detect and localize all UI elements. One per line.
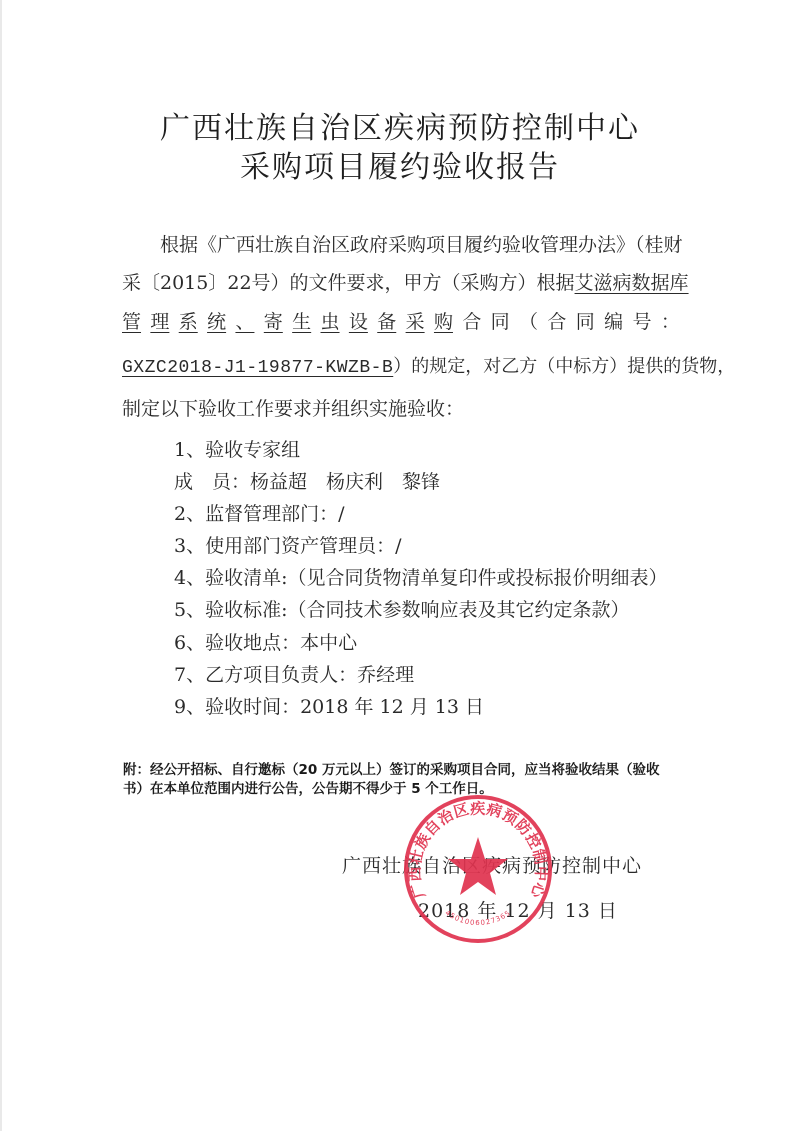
u3-5: 寄 <box>264 309 283 335</box>
svg-text:4501006027365: 4501006027365 <box>444 909 513 927</box>
item-members: 成 员：杨益超 杨庆利 黎锋 <box>174 469 440 495</box>
document-title-org: 广西壮族自治区疾病预防控制中心 <box>0 103 800 147</box>
u3-9: 备 <box>377 309 396 335</box>
u3-8: 设 <box>349 309 368 335</box>
u3-6: 生 <box>292 309 311 335</box>
u3-10: 采 <box>406 309 425 335</box>
project-name-part-1: 艾滋病数据库 <box>575 272 689 294</box>
document-page: 广西壮族自治区疾病预防控制中心 采购项目履约验收报告 根据《广西壮族自治区政府采… <box>0 0 800 1131</box>
item-checklist: 4、验收清单:（见合同货物清单复印件或投标报价明细表） <box>174 565 668 591</box>
item-contractor-lead: 7、乙方项目负责人：乔经理 <box>174 662 414 688</box>
u3-3: 统 <box>207 309 226 335</box>
r3-4: 同 <box>576 309 595 335</box>
u3-11: 购 <box>434 309 453 335</box>
item-asset-manager: 3、使用部门资产管理员：/ <box>174 533 402 559</box>
intro-line-2-text: 采〔2015〕22号）的文件要求，甲方（采购方）根据 <box>122 272 575 294</box>
intro-line-2: 采〔2015〕22号）的文件要求，甲方（采购方）根据艾滋病数据库 <box>122 270 689 296</box>
u3-2: 系 <box>179 309 198 335</box>
official-seal-icon: 广西壮族自治区疾病预防控制中心 4501006027365 <box>402 793 554 945</box>
r3-2: （ <box>519 309 538 335</box>
document-title-report: 采购项目履约验收报告 <box>0 142 800 186</box>
r3-3: 合 <box>547 309 566 335</box>
intro-line-1: 根据《广西壮族自治区政府采购项目履约验收管理办法》（桂财 <box>160 232 683 258</box>
contract-number: GXZC2018-J1-19877-KWZB-B <box>122 358 393 378</box>
item-standard: 5、验收标准:（合同技术参数响应表及其它约定条款） <box>174 597 630 623</box>
intro-line-5: 制定以下验收工作要求并组织实施验收： <box>122 396 464 422</box>
intro-line-3: 管 理 系 统 、 寄 生 虫 设 备 采 购 合 同 （ 合 同 编 号 ： <box>122 309 680 335</box>
item-supervision-dept: 2、监督管理部门：/ <box>174 501 345 527</box>
r3-6: 号 <box>632 309 651 335</box>
r3-7: ： <box>661 309 680 335</box>
r3-0: 合 <box>462 309 481 335</box>
u3-4: 、 <box>235 309 254 335</box>
footnote-line-1: 附：经公开招标、自行邀标（20 万元以上）签订的采购项目合同，应当将验收结果（验… <box>123 761 693 780</box>
r3-1: 同 <box>491 309 510 335</box>
u3-1: 理 <box>150 309 169 335</box>
u3-0: 管 <box>122 309 141 335</box>
intro-line-4-text: ）的规定，对乙方（中标方）提供的货物， <box>393 356 735 377</box>
u3-7: 虫 <box>321 309 340 335</box>
item-date: 9、验收时间：2018 年 12 月 13 日 <box>174 694 484 720</box>
item-location: 6、验收地点：本中心 <box>174 630 357 656</box>
intro-line-4: GXZC2018-J1-19877-KWZB-B）的规定，对乙方（中标方）提供的… <box>122 354 735 380</box>
r3-5: 编 <box>604 309 623 335</box>
item-expert-group: 1、验收专家组 <box>174 437 300 463</box>
